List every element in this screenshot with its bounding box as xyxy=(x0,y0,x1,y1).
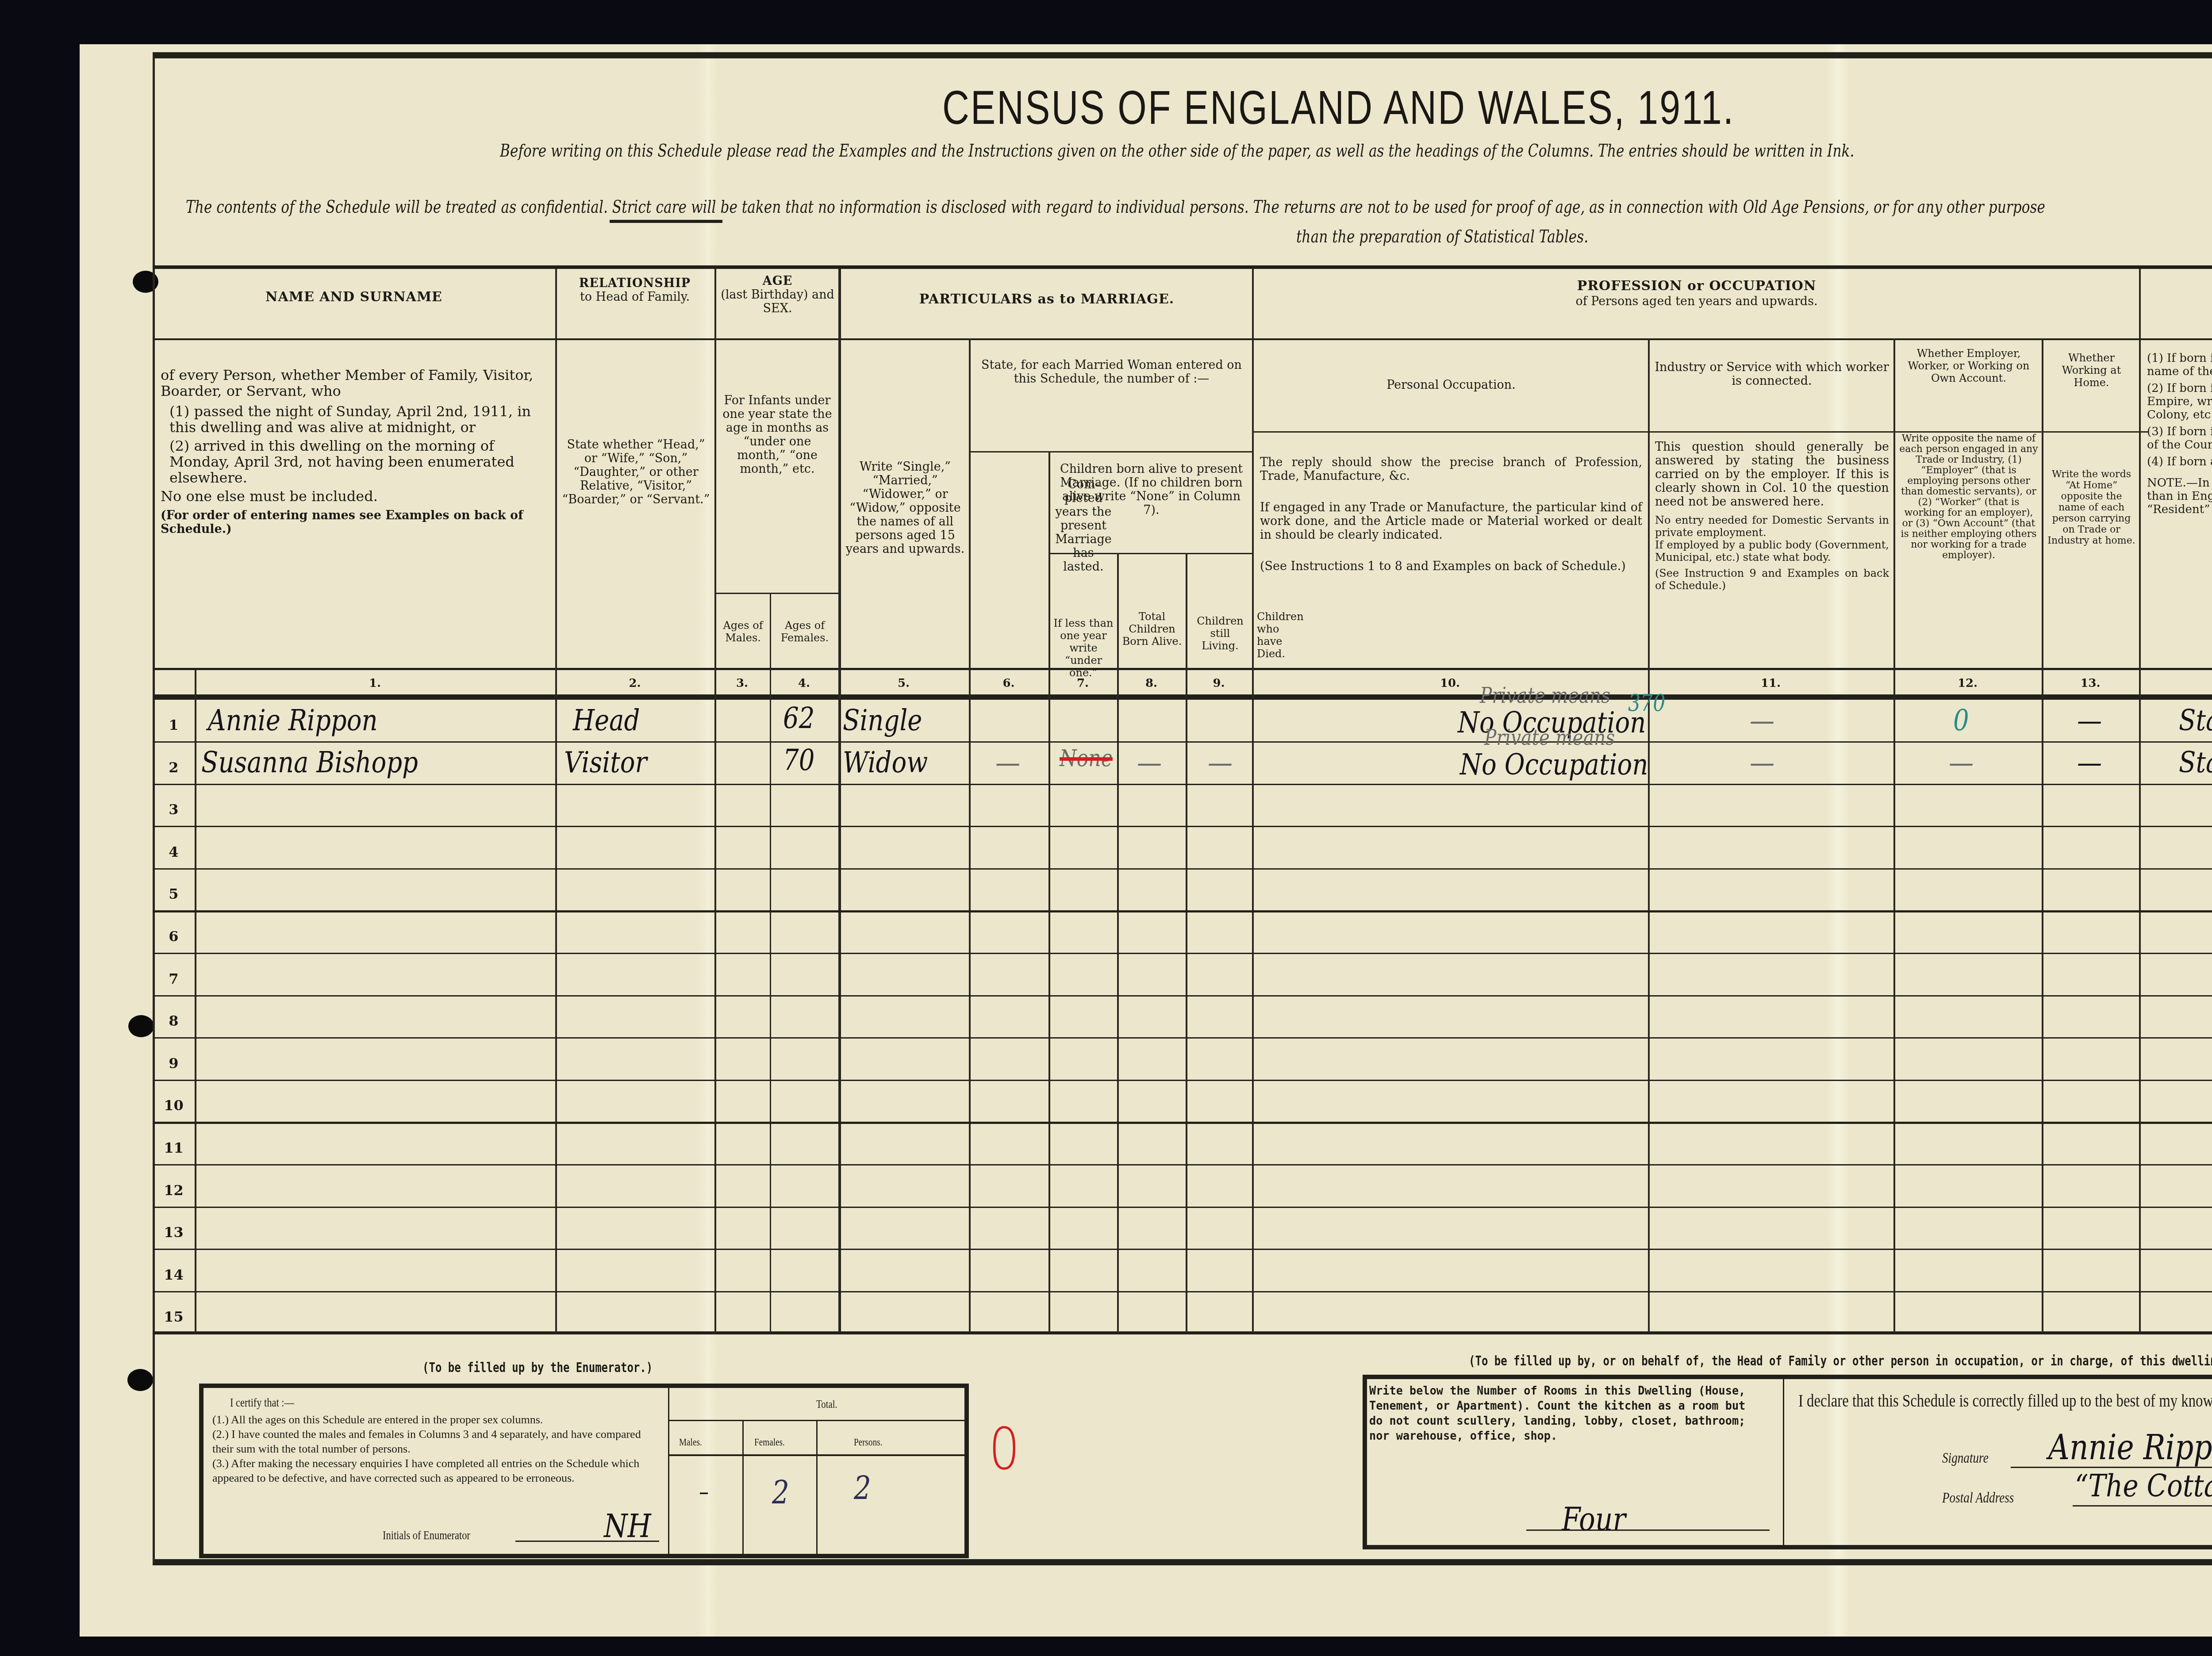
form-frame-bottom xyxy=(153,1559,2212,1565)
row-number: 11 xyxy=(153,1139,195,1156)
header-industry: Industry or Service with which worker is… xyxy=(1650,360,1893,388)
row-rule xyxy=(153,953,2212,954)
row-number: 4 xyxy=(153,843,195,860)
household-box: Write below the Number of Rooms in this … xyxy=(1363,1375,2212,1549)
entry-industry[interactable]: — xyxy=(1750,703,1774,737)
row-rule xyxy=(153,1164,2212,1165)
certify-item-2: (2.) I have counted the males and female… xyxy=(212,1427,655,1456)
declaration-text: I declare that this Schedule is correctl… xyxy=(1798,1390,2212,1411)
entry-at-home[interactable]: — xyxy=(2077,703,2102,737)
totals-divider xyxy=(668,1388,669,1554)
birthplace-b4: (4) If born at sea, write “At Sea.” xyxy=(2147,455,2212,468)
header-relationship: RELATIONSHIP to Head of Family. xyxy=(555,276,714,304)
married-woman-rule xyxy=(969,451,1252,452)
row-number: 9 xyxy=(153,1055,195,1072)
colnum-bottom-rule xyxy=(153,694,2212,700)
punch-hole-bottom xyxy=(127,1369,153,1391)
certify-list: (1.) All the ages on this Schedule are e… xyxy=(212,1412,655,1485)
entry-employer-mark: 0 xyxy=(1953,703,1969,737)
entry-occupation-annotation: Private means xyxy=(1484,725,1615,750)
col-divider xyxy=(2139,269,2141,1333)
entry-relationship[interactable]: Visitor xyxy=(564,745,647,779)
entry-children-born[interactable]: None xyxy=(1060,745,1113,772)
col-divider xyxy=(1252,269,1254,1333)
totals-col-rule xyxy=(742,1421,744,1554)
header-personal-occupation: Personal Occupation. xyxy=(1254,378,1648,392)
entry-occupation-code: 370 xyxy=(1628,690,1665,717)
header-married-woman: State, for each Married Woman entered on… xyxy=(971,358,1252,386)
personal-body-1: The reply should show the precise branch… xyxy=(1260,456,1642,483)
row-rule xyxy=(153,826,2212,827)
row-rule xyxy=(153,741,2212,743)
name-desc-p1: of every Person, whether Member of Famil… xyxy=(161,367,552,399)
header-at-home: Whether Working at Home. xyxy=(2044,352,2139,389)
header-employer-body: Write opposite the name of each person e… xyxy=(1896,433,2042,561)
entry-at-home[interactable]: — xyxy=(2077,745,2102,779)
name-desc-p5: (For order of entering names see Example… xyxy=(161,509,552,536)
header-birthplace-body: (1) If born in the United Kingdom, write… xyxy=(2143,352,2212,516)
address-line xyxy=(2073,1505,2212,1506)
row-rule xyxy=(153,1080,2212,1081)
name-desc-p4: No one else must be included. xyxy=(161,488,552,504)
entry-relationship[interactable]: Head xyxy=(573,703,640,737)
personal-body-3: (See Instructions 1 to 8 and Examples on… xyxy=(1260,560,1642,573)
form-frame-left-lower xyxy=(153,1336,155,1564)
column-number: 12. xyxy=(1893,677,2042,690)
header-age-desc: For Infants under one year state the age… xyxy=(715,394,839,476)
rooms-instruction: Write below the Number of Rooms in this … xyxy=(1369,1384,1764,1444)
confidential-line-1: The contents of the Schedule will be tre… xyxy=(186,197,2045,217)
birthplace-b1: (1) If born in the United Kingdom, write… xyxy=(2147,352,2212,378)
entry-industry[interactable]: — xyxy=(1750,745,1774,779)
row-rule xyxy=(153,1291,2212,1292)
census-table: NAME AND SURNAME of every Person, whethe… xyxy=(153,265,2212,1338)
colnum-top-rule xyxy=(153,668,2212,670)
entry-birthplace[interactable]: Stamford Lincs xyxy=(2179,703,2212,737)
row-number: 8 xyxy=(153,1012,195,1029)
column-number: 8. xyxy=(1117,677,1186,690)
header-at-home-body: Write the words “At Home” opposite the n… xyxy=(2044,469,2139,546)
col-divider xyxy=(2042,338,2043,1333)
birthplace-b2: (2) If born in any other part of the Bri… xyxy=(2147,382,2212,422)
signature-label: Signature xyxy=(1942,1450,1989,1467)
age-subtitle: (last Birthday) and SEX. xyxy=(721,288,834,315)
name-desc-p2: (1) passed the night of Sunday, April 2n… xyxy=(161,403,552,435)
column-number: 4. xyxy=(770,677,838,690)
header-marriage-write: Write “Single,” “Married,” “Widower,” or… xyxy=(841,460,969,556)
certify-label: I certify that :— xyxy=(230,1396,294,1410)
entry-marriage[interactable]: Single xyxy=(843,703,922,737)
personal-body-2: If engaged in any Trade or Manufacture, … xyxy=(1260,501,1642,542)
header-name-desc: of every Person, whether Member of Famil… xyxy=(157,367,555,536)
column-number: 2. xyxy=(555,677,714,690)
col-divider xyxy=(1048,451,1050,1333)
entry-employer-status[interactable]: — xyxy=(1949,745,1974,779)
enumerator-heading: (To be filled up by the Enumerator.) xyxy=(422,1360,653,1376)
col-divider xyxy=(1186,553,1187,1333)
col-divider xyxy=(770,593,771,1333)
col-divider xyxy=(195,670,196,1334)
enumerator-box: I certify that :— (1.) All the ages on t… xyxy=(199,1384,969,1558)
row-rule xyxy=(153,1037,2212,1039)
row-number: 13 xyxy=(153,1224,195,1241)
column-number: 3. xyxy=(714,677,770,690)
page-title: CENSUS OF ENGLAND AND WALES, 1911. xyxy=(942,80,1735,135)
header-children-living: Children still Living. xyxy=(1187,615,1253,652)
industry-body-3: If employed by a public body (Government… xyxy=(1655,539,1889,563)
row-number: 5 xyxy=(153,885,195,902)
rooms-value[interactable]: Four xyxy=(1562,1501,1626,1538)
col-divider xyxy=(1648,338,1650,1333)
persons-value[interactable]: 2 xyxy=(854,1470,871,1507)
table-top-rule xyxy=(153,265,2212,269)
row-rule xyxy=(153,1249,2212,1250)
header-age-females: Ages of Females. xyxy=(771,619,838,644)
row-rule xyxy=(153,868,2212,870)
row-rule xyxy=(153,995,2212,997)
punch-hole-middle xyxy=(128,1015,154,1037)
header-name: NAME AND SURNAME xyxy=(153,290,555,305)
certify-item-3: (3.) After making the necessary enquirie… xyxy=(212,1456,655,1485)
entry-occupation[interactable]: No Occupation xyxy=(1460,747,1648,782)
header-children-died: Children who have Died. xyxy=(1253,610,1260,660)
row-number: 10 xyxy=(153,1097,195,1114)
name-desc-p3: (2) arrived in this dwelling on the morn… xyxy=(161,438,552,486)
column-number: 13. xyxy=(2042,677,2139,690)
header-employer: Whether Employer, Worker, or Working on … xyxy=(1896,347,2042,384)
header-children-alive: Children born alive to present Marriage.… xyxy=(1051,462,1252,517)
females-value[interactable]: 2 xyxy=(772,1474,789,1511)
relationship-subtitle: to Head of Family. xyxy=(580,290,690,304)
females-label: Females. xyxy=(754,1437,785,1449)
column-number: 14. xyxy=(2139,677,2212,690)
row-number: 1 xyxy=(153,717,195,733)
col-divider xyxy=(1117,553,1119,1333)
entry-age-female[interactable]: 62 xyxy=(783,701,814,735)
persons-label: Persons. xyxy=(854,1437,883,1449)
row-number: 12 xyxy=(153,1182,195,1199)
row-rule xyxy=(153,784,2212,785)
birthplace-b3: (3) If born in a Foreign Country, write … xyxy=(2147,425,2212,452)
column-number: 1. xyxy=(195,677,555,690)
row-number: 3 xyxy=(153,801,195,818)
header-occupation: PROFESSION or OCCUPATION of Persons aged… xyxy=(1254,279,2139,309)
row-number: 14 xyxy=(153,1266,195,1283)
totals-label-rule xyxy=(668,1454,964,1456)
occupation-subrule xyxy=(1252,431,2148,433)
certify-item-1: (1.) All the ages on this Schedule are e… xyxy=(212,1412,655,1427)
column-number: 6. xyxy=(969,677,1048,690)
column-number: 11. xyxy=(1648,677,1893,690)
confidential-line-2: than the preparation of Statistical Tabl… xyxy=(1296,226,1588,247)
males-label: Males. xyxy=(679,1437,702,1449)
entry-years-married[interactable]: — xyxy=(995,745,1020,779)
row-number: 2 xyxy=(153,759,195,776)
row-rule-heavy xyxy=(153,910,2212,912)
column-number: 9. xyxy=(1186,677,1252,690)
row-number: 15 xyxy=(153,1308,195,1325)
address-line-1[interactable]: “The Cottage” Shelford Rd xyxy=(2075,1468,2212,1504)
initials-value[interactable]: NH xyxy=(604,1507,651,1545)
header-personal-body: The reply should show the precise branch… xyxy=(1256,456,1646,573)
entry-name[interactable]: Susanna Bishopp xyxy=(201,745,418,779)
signature-value[interactable]: Annie Rippon xyxy=(2048,1428,2212,1468)
address-label: Postal Address xyxy=(1942,1490,2014,1506)
entry-children-living[interactable]: — xyxy=(1137,745,1162,779)
industry-body-4: (See Instruction 9 and Examples on back … xyxy=(1655,567,1889,592)
row-number: 6 xyxy=(153,928,195,945)
entry-occupation-annotation: Private means xyxy=(1480,683,1610,708)
header-industry-body: This question should generally be answer… xyxy=(1651,440,1893,592)
entry-birthplace[interactable]: Stamford Lincs xyxy=(2179,745,2212,779)
header-divider xyxy=(153,338,2212,340)
initials-label: Initials of Enumerator xyxy=(383,1529,470,1543)
totals-col-rule xyxy=(816,1421,818,1554)
entry-children-died[interactable]: — xyxy=(1208,745,1233,779)
col-divider xyxy=(555,269,557,1333)
column-number: 7. xyxy=(1048,677,1117,690)
industry-body-1: This question should generally be answer… xyxy=(1655,440,1889,509)
entry-age-female[interactable]: 70 xyxy=(783,743,814,777)
household-heading: (To be filled up by, or on behalf of, th… xyxy=(1469,1353,2212,1369)
header-age-males: Ages of Males. xyxy=(715,619,771,644)
age-split-rule xyxy=(714,593,838,594)
industry-body-2: No entry needed for Domestic Servants in… xyxy=(1655,514,1889,539)
header-age: AGE (last Birthday) and SEX. xyxy=(714,274,841,315)
header-birthplace: BIRTHPLACE of every person. xyxy=(2141,285,2212,313)
occupation-title: PROFESSION or OCCUPATION xyxy=(1577,278,1816,294)
row-rule xyxy=(153,1207,2212,1208)
col-divider xyxy=(1893,338,1895,1333)
red-enumerator-mark: 0 xyxy=(989,1415,1020,1483)
rooms-divider xyxy=(1783,1379,1784,1545)
entry-name[interactable]: Annie Rippon xyxy=(208,703,378,737)
confidential-underline xyxy=(610,220,722,223)
entry-marriage[interactable]: Widow xyxy=(843,745,928,779)
header-relationship-desc: State whether “Head,” or “Wife,” “Son,” … xyxy=(557,438,714,506)
occupation-subtitle: of Persons aged ten years and upwards. xyxy=(1575,295,1817,308)
males-value[interactable]: – xyxy=(699,1479,709,1505)
header-total-children: Total Children Born Alive. xyxy=(1118,610,1186,648)
header-completed-note: If less than one year write “under one.” xyxy=(1050,617,1117,679)
total-label: Total. xyxy=(816,1398,837,1411)
age-title: AGE xyxy=(763,274,793,288)
header-marriage: PARTICULARS as to MARRIAGE. xyxy=(841,292,1252,307)
relationship-title: RELATIONSHIP xyxy=(579,276,691,290)
instruction-line: Before writing on this Schedule please r… xyxy=(500,141,1854,161)
table-bottom-rule xyxy=(153,1331,2212,1334)
birthplace-note: NOTE.—In the case of persons born elsewh… xyxy=(2147,476,2212,516)
row-rule-heavy xyxy=(153,1122,2212,1124)
row-number: 7 xyxy=(153,970,195,987)
column-number: 5. xyxy=(838,677,969,690)
